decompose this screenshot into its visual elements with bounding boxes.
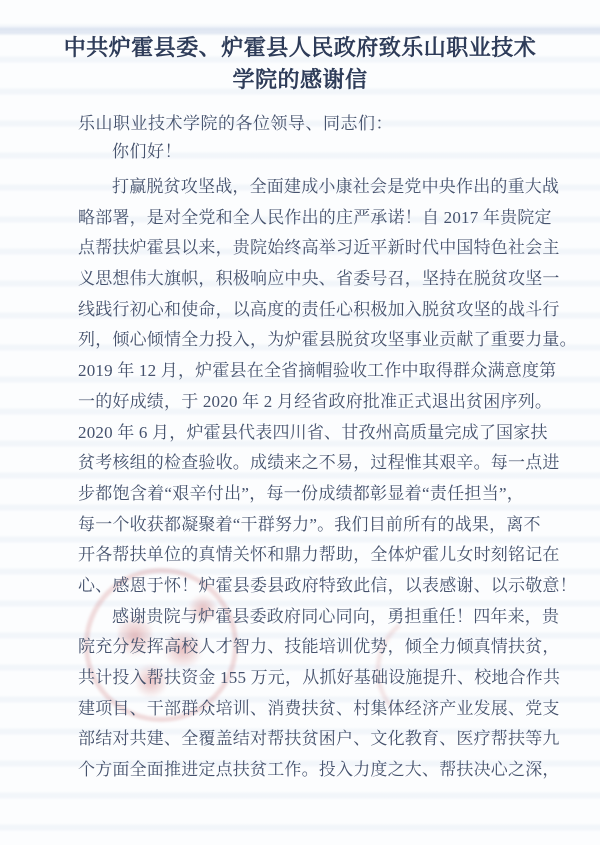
body-line: 略部署，是对全党和全人民作出的庄严承诺！自 2017 年贵院定 <box>78 203 524 234</box>
body-line: 共计投入帮扶资金 155 万元，从抓好基础设施提升、校地合作共 <box>78 663 524 694</box>
body-line: 打赢脱贫攻坚战，全面建成小康社会是党中央作出的重大战 <box>78 172 524 203</box>
body-line: 开各帮扶单位的真情关怀和鼎力帮助，全体炉霍儿女时刻铭记在 <box>78 540 524 571</box>
body-line: 2020 年 6 月，炉霍县代表四川省、甘孜州高质量完成了国家扶 <box>78 418 524 449</box>
body-line: 个方面全面推进定点扶贫工作。投入力度之大、帮扶决心之深， <box>78 755 524 786</box>
body-line: 部结对共建、全覆盖结对帮扶贫困户、文化教育、医疗帮扶等九 <box>78 724 524 755</box>
body-line: 感谢贵院与炉霍县委政府同心同向，勇担重任！四年来，贵 <box>78 602 524 633</box>
body-line: 线践行初心和使命，以高度的责任心积极加入脱贫攻坚的战斗行 <box>78 295 524 326</box>
body-line: 每一个收获都凝聚着“干群努力”。我们目前所有的战果，离不 <box>78 510 524 541</box>
body-line: 一的好成绩，于 2020 年 2 月经省政府批准正式退出贫困序列。 <box>78 387 524 418</box>
letter-title: 中共炉霍县委、炉霍县人民政府致乐山职业技术 学院的感谢信 <box>0 32 600 96</box>
letter-title-line-1: 中共炉霍县委、炉霍县人民政府致乐山职业技术 <box>0 32 600 64</box>
body-line: 院充分发挥高校人才智力、技能培训优势，倾全力倾真情扶贫， <box>78 632 524 663</box>
body-line: 2019 年 12 月，炉霍县在全省摘帽验收工作中取得群众满意度第 <box>78 356 524 387</box>
body-line: 列，倾心倾情全力投入，为炉霍县脱贫攻坚事业贡献了重要力量。 <box>78 325 524 356</box>
scanned-letter-page: 中共炉霍县委、炉霍县人民政府致乐山职业技术 学院的感谢信 乐山职业技术学院的各位… <box>0 0 600 845</box>
greeting: 你们好！ <box>112 137 182 162</box>
body-line: 义思想伟大旗帜，积极响应中央、省委号召，坚持在脱贫攻坚一 <box>78 264 524 295</box>
letter-title-line-2: 学院的感谢信 <box>0 64 600 96</box>
salutation: 乐山职业技术学院的各位领导、同志们： <box>78 109 393 134</box>
body-line: 建项目、干部群众培训、消费扶贫、村集体经济产业发展、党支 <box>78 694 524 725</box>
body-line: 贫考核组的检查验收。成绩来之不易，过程惟其艰辛。每一点进 <box>78 448 524 479</box>
letter-body: 打赢脱贫攻坚战，全面建成小康社会是党中央作出的重大战 略部署，是对全党和全人民作… <box>78 172 524 786</box>
body-line: 步都饱含着“艰辛付出”，每一份成绩都彰显着“责任担当”， <box>78 479 524 510</box>
body-line: 心、感恩于怀！炉霍县委县政府特致此信，以表感谢、以示敬意！ <box>78 571 524 602</box>
body-line: 点帮扶炉霍县以来，贵院始终高举习近平新时代中国特色社会主 <box>78 233 524 264</box>
